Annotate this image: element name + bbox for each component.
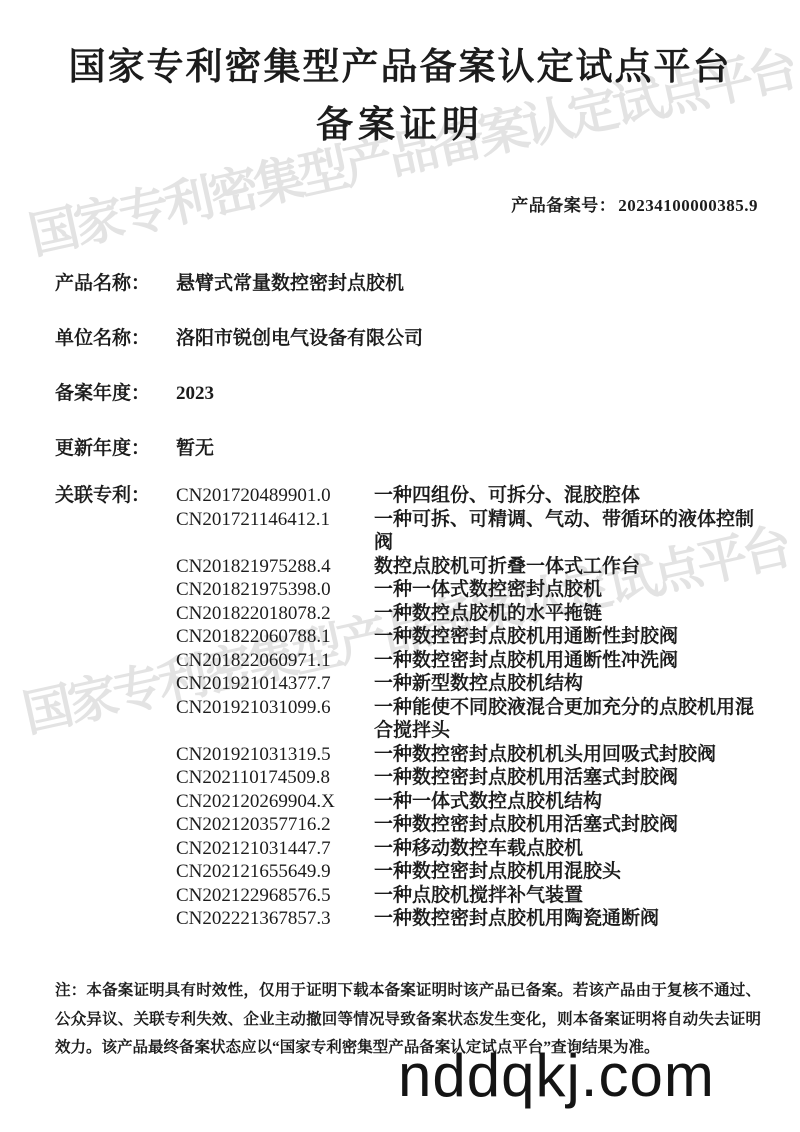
patent-number: CN201921031319.5 bbox=[176, 743, 374, 767]
patent-title: 一种新型数控点胶机结构 bbox=[374, 672, 762, 696]
patent-title: 一种数控密封点胶机机头用回吸式封胶阀 bbox=[374, 743, 762, 767]
patent-title: 一种数控密封点胶机用活塞式封胶阀 bbox=[374, 766, 762, 790]
patent-title: 数控点胶机可折叠一体式工作台 bbox=[374, 555, 762, 579]
patent-title: 一种数控密封点胶机用活塞式封胶阀 bbox=[374, 813, 762, 837]
registration-number-value: 20234100000385.9 bbox=[618, 196, 758, 215]
field-label: 更新年度： bbox=[55, 438, 176, 459]
patent-number: CN202120357716.2 bbox=[176, 813, 374, 837]
patent-list: CN201720489901.0 一种四组份、可拆分、混胶腔体 CN201721… bbox=[176, 484, 762, 931]
field-row: 更新年度： 暂无 bbox=[55, 438, 760, 459]
patent-title: 一种一体式数控密封点胶机 bbox=[374, 578, 762, 602]
patent-row: CN201720489901.0 一种四组份、可拆分、混胶腔体 bbox=[176, 484, 762, 508]
field-value: 暂无 bbox=[176, 438, 760, 459]
registration-number-label: 产品备案号： bbox=[511, 196, 616, 215]
product-registration-number: 产品备案号：20234100000385.9 bbox=[511, 191, 758, 216]
patent-row: CN202121655649.9 一种数控密封点胶机用混胶头 bbox=[176, 860, 762, 884]
patent-title: 一种能使不同胶液混合更加充分的点胶机用混合搅拌头 bbox=[374, 696, 762, 743]
patent-title: 一种四组份、可拆分、混胶腔体 bbox=[374, 484, 762, 508]
document-title-platform: 国家专利密集型产品备案认定试点平台 bbox=[0, 48, 800, 89]
patent-title: 一种数控密封点胶机用混胶头 bbox=[374, 860, 762, 884]
patent-number: CN201822018078.2 bbox=[176, 602, 374, 626]
patent-row: CN201822060971.1 一种数控密封点胶机用通断性冲洗阀 bbox=[176, 649, 762, 673]
field-row: 备案年度： 2023 bbox=[55, 383, 760, 404]
patent-title: 一种数控密封点胶机用通断性封胶阀 bbox=[374, 625, 762, 649]
field-label: 产品名称： bbox=[55, 273, 176, 294]
patent-title: 一种数控密封点胶机用陶瓷通断阀 bbox=[374, 907, 762, 931]
patent-title: 一种移动数控车载点胶机 bbox=[374, 837, 762, 861]
patent-title: 一种点胶机搅拌补气装置 bbox=[374, 884, 762, 908]
site-watermark-text: nddqkj.com bbox=[398, 1046, 715, 1106]
field-value: 悬臂式常量数控密封点胶机 bbox=[176, 273, 760, 294]
patent-row: CN201921031099.6 一种能使不同胶液混合更加充分的点胶机用混合搅拌… bbox=[176, 696, 762, 743]
patent-number: CN201821975288.4 bbox=[176, 555, 374, 579]
patent-number: CN201822060971.1 bbox=[176, 649, 374, 673]
patent-number: CN202121031447.7 bbox=[176, 837, 374, 861]
patent-number: CN201921014377.7 bbox=[176, 672, 374, 696]
patent-title: 一种数控点胶机的水平拖链 bbox=[374, 602, 762, 626]
patent-number: CN202221367857.3 bbox=[176, 907, 374, 931]
patent-number: CN202122968576.5 bbox=[176, 884, 374, 908]
patent-title: 一种一体式数控点胶机结构 bbox=[374, 790, 762, 814]
field-label: 单位名称： bbox=[55, 328, 176, 349]
field-list: 产品名称： 悬臂式常量数控密封点胶机 单位名称： 洛阳市锐创电气设备有限公司 备… bbox=[55, 273, 760, 493]
patent-number: CN202120269904.X bbox=[176, 790, 374, 814]
patent-row: CN202110174509.8 一种数控密封点胶机用活塞式封胶阀 bbox=[176, 766, 762, 790]
patent-row: CN201921014377.7 一种新型数控点胶机结构 bbox=[176, 672, 762, 696]
patent-number: CN201822060788.1 bbox=[176, 625, 374, 649]
patent-title: 一种数控密封点胶机用通断性冲洗阀 bbox=[374, 649, 762, 673]
field-value: 洛阳市锐创电气设备有限公司 bbox=[176, 328, 760, 349]
document-title-certificate: 备案证明 bbox=[0, 106, 800, 147]
patent-row: CN201821975398.0 一种一体式数控密封点胶机 bbox=[176, 578, 762, 602]
field-row: 产品名称： 悬臂式常量数控密封点胶机 bbox=[55, 273, 760, 294]
patent-number: CN202110174509.8 bbox=[176, 766, 374, 790]
field-value: 2023 bbox=[176, 383, 760, 404]
certificate-page: 国家专利密集型产品备案认定试点平台 国家专利密集型产品备案认定试点平台 国家专利… bbox=[0, 0, 800, 1132]
patent-row: CN202120357716.2 一种数控密封点胶机用活塞式封胶阀 bbox=[176, 813, 762, 837]
patent-number: CN201921031099.6 bbox=[176, 696, 374, 743]
field-label: 备案年度： bbox=[55, 383, 176, 404]
patent-number: CN201721146412.1 bbox=[176, 508, 374, 555]
patent-row: CN201721146412.1 一种可拆、可精调、气动、带循环的液体控制阀 bbox=[176, 508, 762, 555]
patent-row: CN201822018078.2 一种数控点胶机的水平拖链 bbox=[176, 602, 762, 626]
field-row: 单位名称： 洛阳市锐创电气设备有限公司 bbox=[55, 328, 760, 349]
patent-row: CN201921031319.5 一种数控密封点胶机机头用回吸式封胶阀 bbox=[176, 743, 762, 767]
patent-row: CN201821975288.4 数控点胶机可折叠一体式工作台 bbox=[176, 555, 762, 579]
related-patents-label: 关联专利： bbox=[55, 484, 176, 508]
patent-title: 一种可拆、可精调、气动、带循环的液体控制阀 bbox=[374, 508, 762, 555]
patent-row: CN202121031447.7 一种移动数控车载点胶机 bbox=[176, 837, 762, 861]
patent-number: CN202121655649.9 bbox=[176, 860, 374, 884]
patent-number: CN201821975398.0 bbox=[176, 578, 374, 602]
patent-row: CN201822060788.1 一种数控密封点胶机用通断性封胶阀 bbox=[176, 625, 762, 649]
patent-row: CN202122968576.5 一种点胶机搅拌补气装置 bbox=[176, 884, 762, 908]
patent-number: CN201720489901.0 bbox=[176, 484, 374, 508]
related-patents-section: 关联专利： CN201720489901.0 一种四组份、可拆分、混胶腔体 CN… bbox=[55, 484, 762, 931]
patent-row: CN202120269904.X 一种一体式数控点胶机结构 bbox=[176, 790, 762, 814]
patent-row: CN202221367857.3 一种数控密封点胶机用陶瓷通断阀 bbox=[176, 907, 762, 931]
